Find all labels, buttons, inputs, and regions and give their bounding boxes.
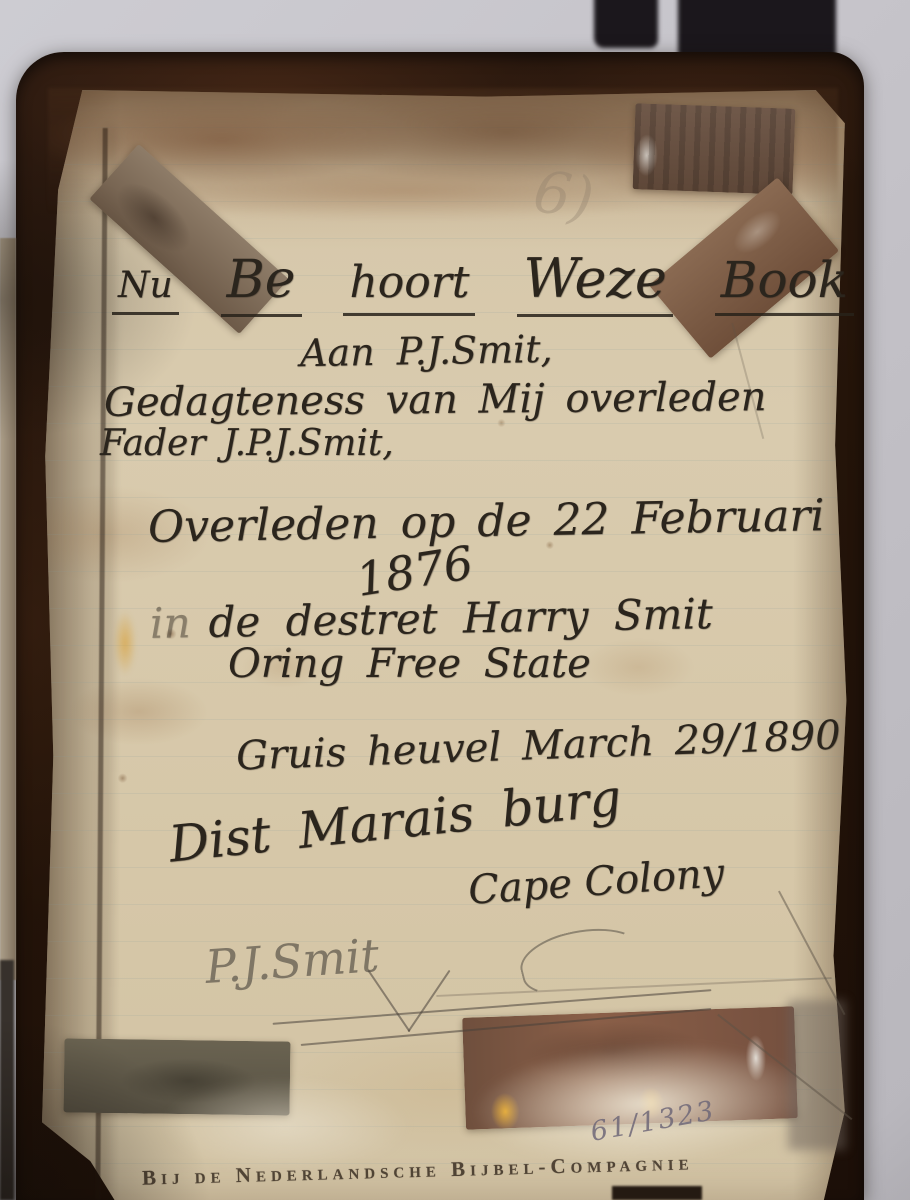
title-word: Nu <box>112 268 179 315</box>
page-edges-left <box>0 238 16 980</box>
page-edges-left-dark <box>0 960 14 1200</box>
title-word: Be <box>221 254 302 317</box>
handwriting-district-text: de destret Harry Smit <box>208 589 713 647</box>
bottom-dark-mark <box>612 1186 702 1200</box>
handwriting-line-oring: Oring Free State <box>228 644 591 684</box>
handwriting-line-overleden: Overleden op de 22 Februari <box>148 494 825 550</box>
handwritten-title: Nu Be hoort Weze Book <box>112 252 854 317</box>
handwriting-line-district: inde destret Harry Smit <box>150 593 713 645</box>
handwriting-word-in: in <box>150 598 191 648</box>
title-word: hoort <box>343 261 475 316</box>
handwriting-line-fader: Fader J.P.J.Smit, <box>100 426 394 462</box>
tape-glint-left <box>110 600 140 686</box>
signature: P.J.Smit <box>204 932 381 990</box>
title-word: Book <box>715 255 854 316</box>
handwriting-line-gedagteness: Gedagteness van Mij overleden <box>104 377 767 423</box>
handwriting-line-aan: Aan P.J.Smit, <box>300 330 553 372</box>
photograph-old-bible-flyleaf: 6) Nu Be hoort Weze Book Aan P.J.Smit, G… <box>0 0 910 1200</box>
shadow-object-top <box>594 0 658 48</box>
stray-pencil-mark: 6) <box>530 162 598 229</box>
title-word: Weze <box>517 252 672 317</box>
